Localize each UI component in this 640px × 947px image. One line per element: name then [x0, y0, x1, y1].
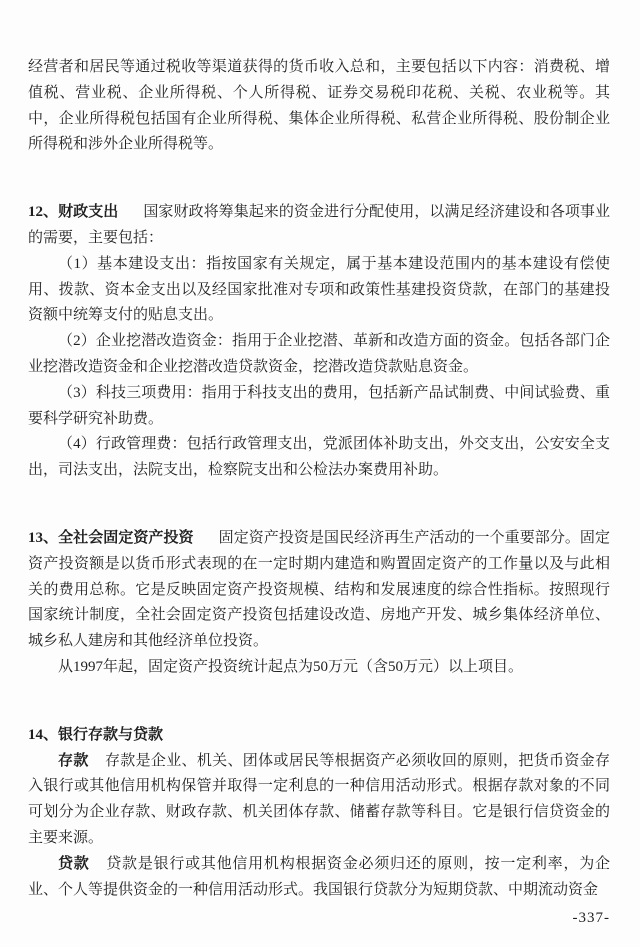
list-item: （4）行政管理费：包括行政管理支出，党派团体补助支出，外交支出，公安安全支出，司…: [28, 432, 610, 484]
term-definition: 贷款是银行或其他信用机构根据资金必须归还的原则，按一定利率，为企业、个人等提供资…: [28, 856, 610, 898]
list-item: （3）科技三项费用：指用于科技支出的费用，包括新产品试制费、中间试验费、重要科学…: [28, 381, 610, 433]
section-note-paragraph: 从1997年起，固定资产投资统计起点为50万元（含50万元）以上项目。: [28, 655, 610, 681]
section-fixed-asset-investment: 13、全社会固定资产投资固定资产投资是国民经济再生产活动的一个重要部分。固定资产…: [28, 526, 610, 681]
section-heading-paragraph: 14、银行存款与贷款: [28, 723, 610, 749]
document-page: 经营者和居民等通过税收等渠道获得的货币收入总和，主要包括以下内容：消费税、增值税…: [0, 0, 640, 947]
section-title: 14、银行存款与贷款: [28, 727, 163, 743]
page-number: -337-: [573, 906, 611, 932]
section-heading-paragraph: 12、财政支出国家财政将筹集起来的资金进行分配使用，以满足经济建设和各项事业的需…: [28, 200, 610, 252]
list-item: （2）企业挖潜改造资金：指用于企业挖潜、革新和改造方面的资金。包括各部门企业挖潜…: [28, 329, 610, 381]
term-label: 存款: [58, 753, 89, 769]
intro-paragraph: 经营者和居民等通过税收等渠道获得的货币收入总和，主要包括以下内容：消费税、增值税…: [28, 55, 610, 158]
section-heading-paragraph: 13、全社会固定资产投资固定资产投资是国民经济再生产活动的一个重要部分。固定资产…: [28, 526, 610, 655]
section-fiscal-expenditure: 12、财政支出国家财政将筹集起来的资金进行分配使用，以满足经济建设和各项事业的需…: [28, 200, 610, 484]
section-lead-text: 固定资产投资是国民经济再生产活动的一个重要部分。固定资产投资额是以货币形式表现的…: [28, 530, 610, 649]
section-title: 12、财政支出: [28, 204, 118, 220]
term-label: 贷款: [58, 856, 90, 872]
term-paragraph: 贷款贷款是银行或其他信用机构根据资金必须归还的原则，按一定利率，为企业、个人等提…: [28, 852, 610, 904]
term-definition: 存款是企业、机关、团体或居民等根据资产必须收回的原则，把货币资金存入银行或其他信…: [28, 753, 610, 846]
page-content: 经营者和居民等通过税收等渠道获得的货币收入总和，主要包括以下内容：消费税、增值税…: [0, 0, 640, 903]
list-item: （1）基本建设支出：指按国家有关规定，属于基本建设范围内的基本建设有偿使用、拨款…: [28, 252, 610, 329]
section-bank-deposits-loans: 14、银行存款与贷款 存款存款是企业、机关、团体或居民等根据资产必须收回的原则，…: [28, 723, 610, 904]
term-paragraph: 存款存款是企业、机关、团体或居民等根据资产必须收回的原则，把货币资金存入银行或其…: [28, 749, 610, 852]
section-title: 13、全社会固定资产投资: [28, 530, 194, 546]
